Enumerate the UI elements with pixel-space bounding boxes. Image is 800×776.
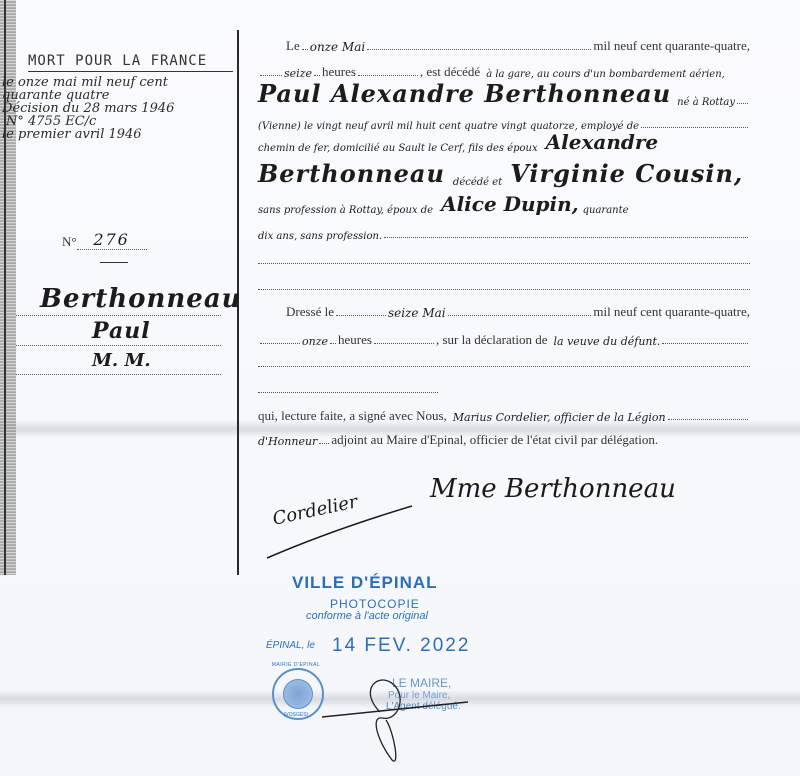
father-given-name: Alexandre [546, 130, 659, 154]
seal-bottom-text: (VOSGES) [268, 712, 324, 718]
margin-surname: Berthonneau [40, 284, 242, 314]
margin-initials: M. M. [92, 350, 151, 371]
record-line-spouse-age: dix ans, sans profession. [258, 222, 750, 242]
deceased-name: Paul Alexandre Berthonneau [258, 79, 671, 108]
stamp-place-label: ÉPINAL, le [266, 640, 315, 651]
stamp-conforme: conforme à l'acte original [306, 610, 428, 622]
mention-rule [28, 71, 233, 72]
record-line-residence: chemin de fer, domicilié au Sault le Cer… [258, 130, 750, 154]
stamp-photocopy: PHOTOCOPIE [330, 597, 420, 611]
record-line-declaration: onze heures , sur la déclaration de la v… [258, 328, 750, 348]
agent-signature [320, 672, 470, 767]
widow-signature: Mme Berthonneau [430, 474, 676, 504]
short-rule [100, 262, 128, 263]
civil-record-page: MORT POUR LA FRANCE le onze mai mil neuf… [0, 0, 800, 776]
record-line-spouse: sans profession à Rottay, époux de Alice… [258, 192, 750, 216]
stamp-town: VILLE D'ÉPINAL [292, 573, 438, 593]
record-line-drawn-date: Dressé le seize Mai mil neuf cent quaran… [258, 300, 750, 320]
record-line-parents: Berthonneau décédé et Virginie Cousin, [258, 160, 750, 188]
stamp-date: 14 FEV. 2022 [332, 635, 470, 657]
mention-title: MORT POUR LA FRANCE [28, 53, 207, 69]
mother-name: Virginie Cousin, [510, 159, 743, 188]
father-surname: Berthonneau [258, 159, 445, 188]
officer-name: Marius Cordelier, officier de la Légion [453, 411, 666, 424]
act-number-value: 276 [77, 230, 147, 250]
record-line-date: Le onze Mai mil neuf cent quarante-quatr… [258, 34, 750, 54]
drawn-date: seize Mai [388, 306, 446, 320]
margin-given-name: Paul [92, 318, 151, 344]
record-line-officer: d'Honneur adjoint au Maire d'Epinal, off… [258, 428, 750, 448]
seal-text: MAIRIE D'EPINAL [268, 662, 324, 668]
record-line-name: Paul Alexandre Berthonneau né à Rottay [258, 82, 750, 108]
spouse-name: Alice Dupin, [441, 192, 579, 216]
margin-annotation: le premier avril 1946 [2, 128, 142, 141]
record-line-hour: seize heures , est décédé à la gare, au … [258, 60, 750, 80]
death-date: onze Mai [310, 40, 365, 54]
declarant: la veuve du défunt. [554, 335, 661, 348]
record-line-birth: (Vienne) le vingt neuf avril mil huit ce… [258, 112, 750, 132]
signature-flourish [262, 500, 422, 560]
act-number: N° 276 [62, 230, 147, 250]
seal-emblem-icon [283, 679, 313, 709]
record-line-signed: qui, lecture faite, a signé avec Nous, M… [258, 404, 750, 424]
